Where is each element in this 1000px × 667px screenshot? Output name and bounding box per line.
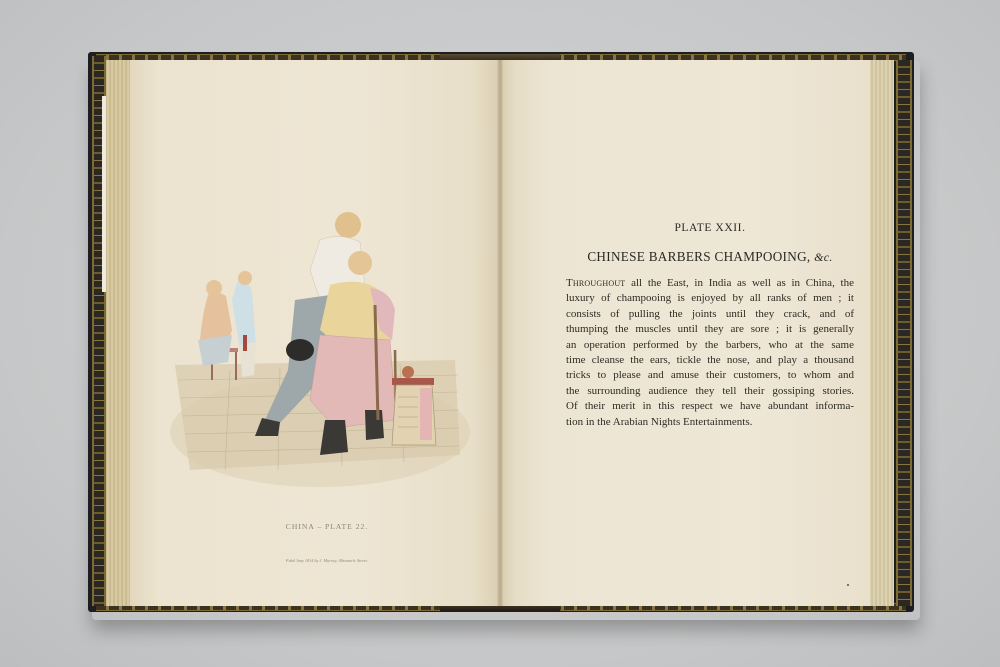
- plate-heading: CHINESE BARBERS CHAMPOOING, &c.: [560, 249, 860, 265]
- page-edges-left: [106, 60, 132, 606]
- text-line: the surrounding audience they tell their…: [566, 384, 854, 399]
- book-gutter: [497, 60, 503, 606]
- publisher-imprint: Pubd Jany 1814 by J. Murray, Albemarle S…: [262, 558, 392, 563]
- page-edges-right: [868, 60, 894, 606]
- plate-illustration: [170, 170, 470, 490]
- plate-number: PLATE XXII.: [560, 222, 860, 234]
- text-line: an operation performed by the barbers, w…: [566, 338, 854, 353]
- heading-suffix: &c.: [814, 250, 833, 264]
- page-mark: [847, 584, 849, 586]
- gilt-border-right: [896, 60, 912, 606]
- heading-main: CHINESE BARBERS CHAMPOOING,: [587, 249, 810, 264]
- text-line: tion in the Arabian Nights Entertainment…: [566, 415, 854, 430]
- plate-description: Throughout all the East, in India as wel…: [566, 276, 854, 430]
- text-line: time cleanse the ears, tickle the nose, …: [566, 353, 854, 368]
- text-line: thumping the muscles until they are sore…: [566, 322, 854, 337]
- text-line: consists of pulling the joints until the…: [566, 307, 854, 322]
- text-line: tricks to please and amuse their custome…: [566, 368, 854, 383]
- text-line: Of their merit in this respect we have a…: [566, 399, 854, 414]
- drop-word: Throughout: [566, 277, 625, 289]
- text-line: luxury of champooing is enjoyed by all r…: [566, 291, 854, 306]
- text-line: Throughout all the East, in India as wel…: [566, 276, 854, 291]
- plate-caption: CHINA – PLATE 22.: [262, 522, 392, 531]
